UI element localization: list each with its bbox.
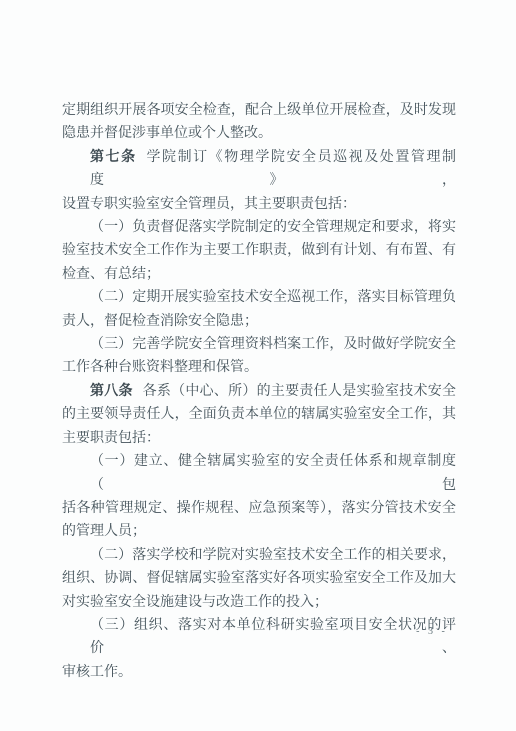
text-line: 组织、协调、督促辖属实验室落实好各项实验室安全工作及加大	[62, 567, 456, 590]
text-line: 设置专职实验室安全管理员，其主要职责包括：	[62, 193, 456, 216]
line-text: 设置专职实验室安全管理员，其主要职责包括：	[62, 197, 356, 212]
text-line: 验室技术安全工作作为主要工作职责，做到有计划、有布置、有	[62, 239, 456, 262]
text-line: 工作各种台账资料整理和保管。	[62, 356, 456, 379]
line-text: 定期组织开展各项安全检查，配合上级单位开展检查，及时发现	[62, 103, 456, 118]
line-text: （一）负责督促落实学院制定的安全管理规定和要求，将实	[90, 220, 456, 235]
text-line: 的主要领导责任人，全面负责本单位的辖属实验室安全工作，其	[62, 403, 456, 426]
line-text: （三）组织、落实对本单位科研实验室项目安全状况的评价、	[90, 618, 456, 656]
line-text: （一）建立、健全辖属实验室的安全责任体系和规章制度（包	[90, 454, 456, 492]
line-text: 各系（中心、所）的主要责任人是实验室技术安全	[143, 384, 456, 399]
text-line: （二）落实学校和学院对实验室技术安全工作的相关要求，	[62, 544, 456, 567]
line-text: 工作各种台账资料整理和保管。	[62, 360, 258, 375]
line-text: 验室技术安全工作作为主要工作职责，做到有计划、有布置、有	[62, 243, 456, 258]
text-line: 对实验室安全设施建设与改造工作的投入；	[62, 591, 456, 614]
document-text-block: 定期组织开展各项安全检查，配合上级单位开展检查，及时发现隐患并督促涉事单位或个人…	[62, 99, 456, 684]
text-line: 定期组织开展各项安全检查，配合上级单位开展检查，及时发现	[62, 99, 456, 122]
text-line: （一）负责督促落实学院制定的安全管理规定和要求，将实	[62, 216, 456, 239]
line-text: 的主要领导责任人，全面负责本单位的辖属实验室安全工作，其	[62, 407, 456, 422]
line-text: 审核工作。	[62, 665, 132, 680]
line-text: 主要职责包括：	[62, 431, 160, 446]
text-line: （三）完善学院安全管理资料档案工作，及时做好学院安全	[62, 333, 456, 356]
line-text: 组织、协调、督促辖属实验室落实好各项实验室安全工作及加大	[62, 571, 456, 586]
line-text: 对实验室安全设施建设与改造工作的投入；	[62, 595, 328, 610]
article-heading: 第八条	[90, 384, 133, 399]
text-line: （一）建立、健全辖属实验室的安全责任体系和规章制度（包	[62, 450, 456, 497]
line-text: 括各种管理规定、操作规程、应急预案等），落实分管技术安全	[62, 501, 456, 516]
line-text: 隐患并督促涉事单位或个人整改。	[62, 126, 272, 141]
text-line: 隐患并督促涉事单位或个人整改。	[62, 122, 456, 145]
page-number: - 3 -	[404, 626, 460, 637]
line-text: 学院制订《物理学院安全员巡视及处置管理制度》，	[90, 150, 456, 188]
text-line: （二）定期开展实验室技术安全巡视工作，落实目标管理负	[62, 286, 456, 309]
text-line: 检查、有总结；	[62, 263, 456, 286]
line-text: 的管理人员；	[62, 524, 146, 539]
text-line: 第七条学院制订《物理学院安全员巡视及处置管理制度》，	[62, 146, 456, 193]
text-line: 的管理人员；	[62, 520, 456, 543]
text-line: 括各种管理规定、操作规程、应急预案等），落实分管技术安全	[62, 497, 456, 520]
text-line: 审核工作。	[62, 661, 456, 684]
text-line: 第八条各系（中心、所）的主要责任人是实验室技术安全	[62, 380, 456, 403]
document-page: 定期组织开展各项安全检查，配合上级单位开展检查，及时发现隐患并督促涉事单位或个人…	[0, 0, 516, 731]
line-text: 责人，督促检查消除安全隐患；	[62, 314, 258, 329]
article-heading: 第七条	[90, 150, 137, 165]
line-text: 检查、有总结；	[62, 267, 160, 282]
text-line: 责人，督促检查消除安全隐患；	[62, 310, 456, 333]
line-text: （二）定期开展实验室技术安全巡视工作，落实目标管理负	[90, 290, 456, 305]
text-line: 主要职责包括：	[62, 427, 456, 450]
text-line: （三）组织、落实对本单位科研实验室项目安全状况的评价、	[62, 614, 456, 661]
line-text: （三）完善学院安全管理资料档案工作，及时做好学院安全	[90, 337, 456, 352]
line-text: （二）落实学校和学院对实验室技术安全工作的相关要求，	[90, 548, 456, 563]
